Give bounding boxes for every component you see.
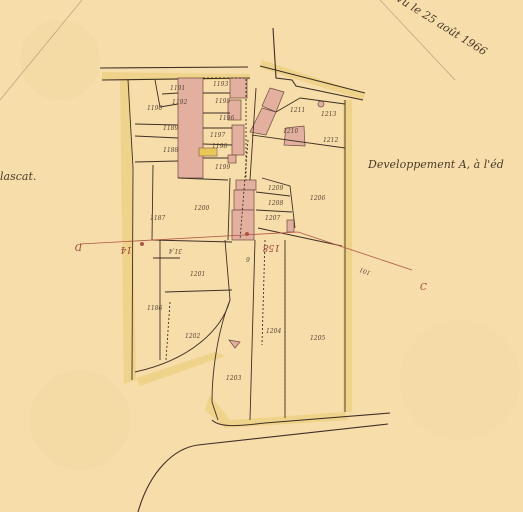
parcel-label: 1190 [147,105,162,112]
parcel-label: 1206 [310,195,325,202]
survey-point [245,232,249,236]
buildings [178,78,324,348]
parcel-label: 1208 [268,200,283,207]
cadastral-map: 1190119111921193119511961197119811891188… [0,0,523,512]
survey-letter-d: D [75,241,83,251]
parcel-label: 1212 [323,137,338,144]
parcel-label: 1201 [190,271,205,278]
survey-value-left: 14 [120,244,132,254]
parcel-label: 1191 [170,85,185,92]
parcel-label: 1209 [268,185,283,192]
parcel-label: 1199 [215,164,230,171]
parcel-label: 1213 [321,111,336,118]
parcel-label: 1193 [213,81,228,88]
parcel-label: 1198 [212,143,227,150]
annotation-left-fragment: lascat. [0,170,36,183]
parcel-label: 1200 [194,205,209,212]
parcel-label: 1211 [290,107,305,114]
parcel-label: 1189 [163,125,178,132]
parcel-label: 1186 [147,305,162,312]
parcel-label: 1202 [185,333,200,340]
survey-letter-c: C [420,283,427,293]
parcel-label: 1195 [215,98,230,105]
survey-value-mid: 31,4 [168,247,182,254]
survey-value-center: 158 [263,242,280,252]
parcel-label: 1204 [266,328,281,335]
parcel-label: 1210 [283,128,298,135]
point-9-label: 9 [246,257,250,264]
parcel-label: 1207 [265,215,280,222]
annotation-top-right: Vu le 25 août 1966 [393,0,489,58]
annotation-heading: Developpement A, à l'éd [367,158,504,171]
parcel-label: 1188 [163,147,178,154]
parcel-label: 1192 [172,99,187,106]
parcel-label: 1196 [219,115,234,122]
parcel-label: 1187 [150,215,165,222]
parcel-label: 1205 [310,335,325,342]
survey-point [140,242,144,246]
survey-value-right: 101 [358,266,371,276]
parcel-label: 1197 [210,132,225,139]
parcel-label: 1203 [226,375,241,382]
